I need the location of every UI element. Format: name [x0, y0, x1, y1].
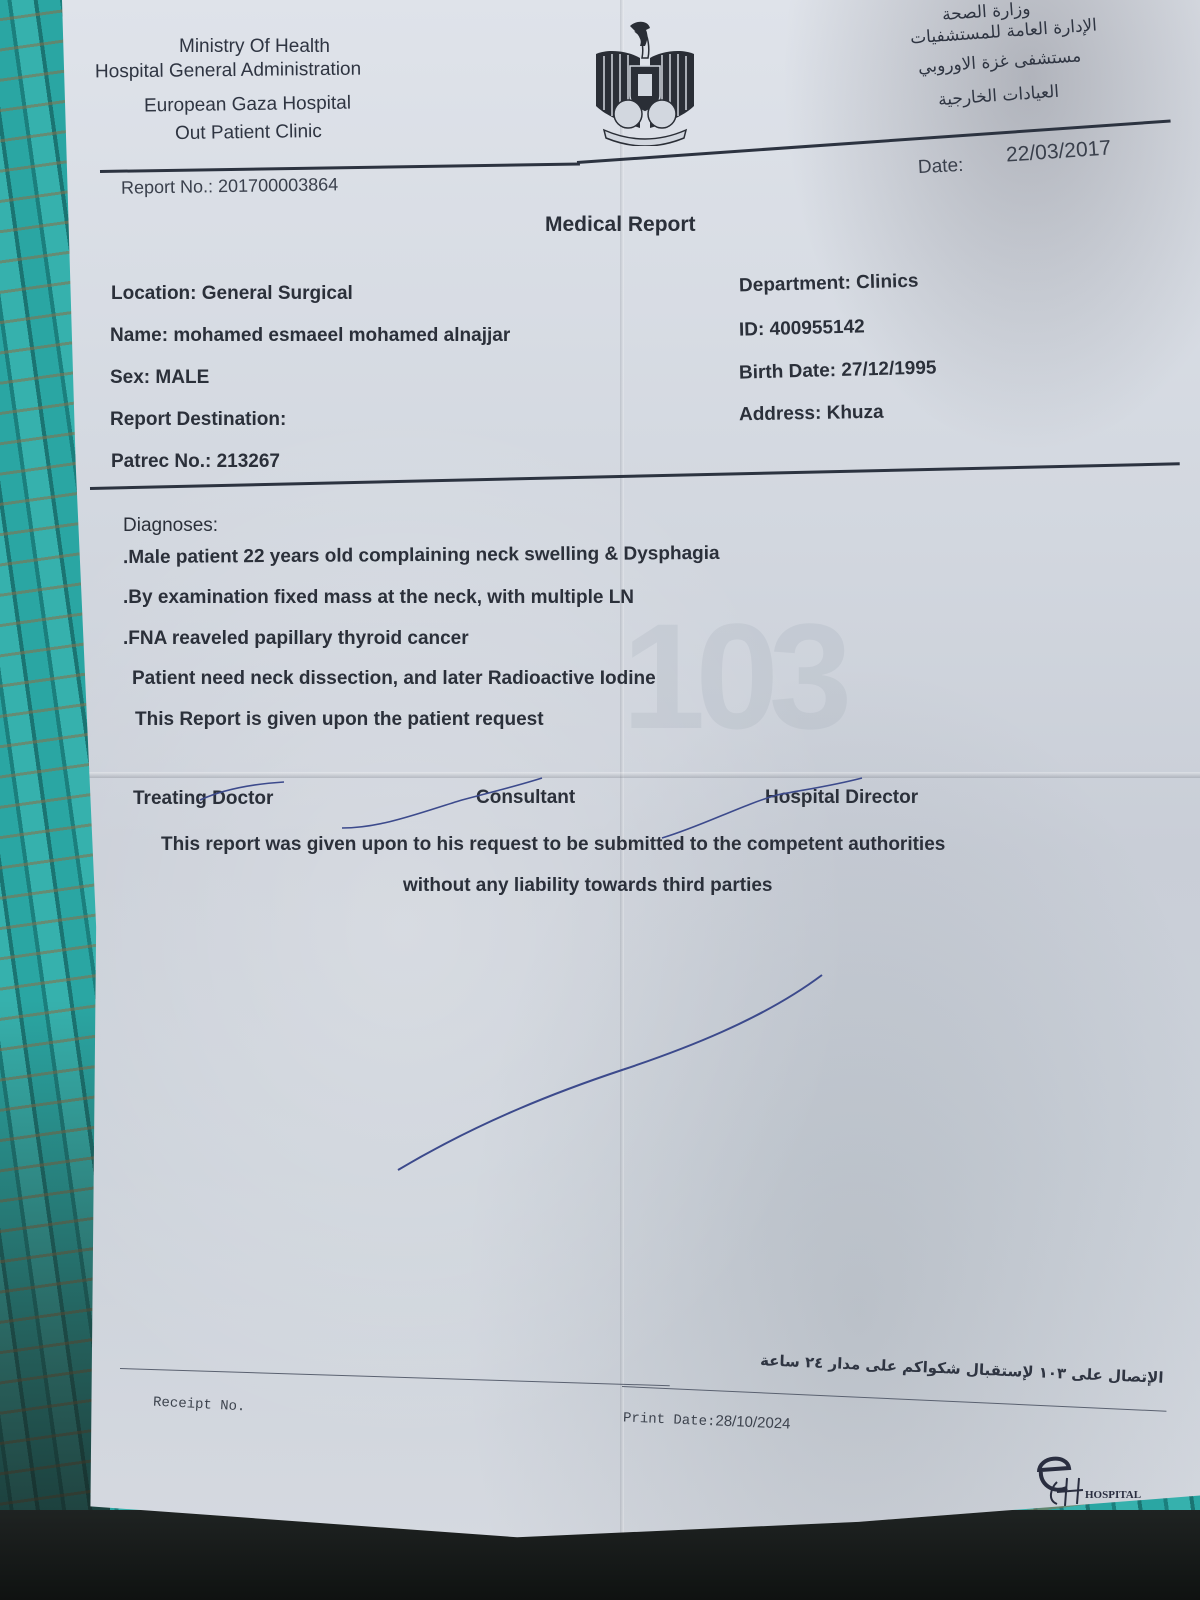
report-number-value: 201700003864 [218, 174, 338, 196]
consultant-label: Consultant [476, 787, 575, 809]
location-label: Location: [111, 283, 197, 304]
page-title: Medical Report [545, 213, 696, 237]
arabic-clinic: العيادات الخارجية [937, 82, 1059, 110]
diagnosis-line: .Male patient 22 years old complaining n… [123, 543, 720, 569]
department-label: Department: [739, 272, 851, 296]
sex-value: MALE [155, 367, 209, 388]
id-value: 400955142 [769, 316, 865, 339]
birth-date-field: Birth Date: 27/12/1995 [739, 357, 937, 384]
arabic-hospital: مستشفى غزة الاوروبي [918, 46, 1082, 77]
diagnoses-heading: Diagnoses: [123, 515, 218, 537]
hospital-director-label: Hospital Director [765, 787, 918, 809]
treating-doctor-label: Treating Doctor [133, 788, 273, 810]
patrec-value: 213267 [217, 451, 280, 472]
large-signature-stroke [398, 975, 822, 1170]
location-field: Location: General Surgical [111, 283, 353, 305]
address-label: Address: [739, 403, 822, 425]
header-rule-left [100, 162, 580, 173]
date-label: Date: [917, 155, 964, 179]
disclaimer-line-2: without any liability towards third part… [403, 875, 773, 897]
arabic-hotline: الإتصال على ١٠٣ لإستقبال شكواكم على مدار… [760, 1351, 1164, 1387]
sex-label: Sex: [110, 367, 150, 388]
report-destination-field: Report Destination: [110, 409, 286, 431]
medical-report-document: Ministry Of Health Hospital General Admi… [62, 0, 1200, 1545]
report-number: Report No.: 201700003864 [121, 174, 339, 198]
print-date: Print Date:28/10/2024 [623, 1408, 791, 1433]
name-value: mohamed esmaeel mohamed alnajjar [173, 325, 510, 346]
disclaimer-line-1: This report was given upon to his reques… [161, 834, 945, 856]
palestinian-eagle-emblem-icon [590, 18, 700, 146]
diagnosis-line: .By examination fixed mass at the neck, … [123, 587, 634, 609]
administration-title: Hospital General Administration [95, 59, 361, 84]
ehospital-logo-text: HOSPITAL [1085, 1489, 1141, 1501]
diagnosis-line: Patient need neck dissection, and later … [132, 668, 656, 690]
id-label: ID: [739, 319, 765, 341]
clinic-name: Out Patient Clinic [175, 121, 322, 145]
print-date-value: 28/10/2024 [715, 1412, 791, 1432]
hospital-name: European Gaza Hospital [144, 93, 351, 118]
footer-rule-right [622, 1386, 1166, 1412]
department-field: Department: Clinics [739, 271, 919, 298]
name-field: Name: mohamed esmaeel mohamed alnajjar [110, 325, 510, 347]
location-value: General Surgical [202, 283, 353, 304]
paper-fold-horizontal [62, 772, 1200, 778]
birth-date-value: 27/12/1995 [841, 357, 937, 380]
id-field: ID: 400955142 [739, 316, 865, 341]
report-destination-label: Report Destination: [110, 409, 286, 430]
print-date-label: Print Date: [623, 1410, 716, 1430]
report-number-label: Report No.: [121, 176, 213, 197]
birth-date-label: Birth Date: [739, 360, 837, 384]
address-field: Address: Khuza [739, 402, 884, 427]
receipt-no-label: Receipt No. [153, 1395, 246, 1416]
report-date: 22/03/2017 [1005, 136, 1112, 167]
ministry-title: Ministry Of Health [167, 36, 342, 58]
diagnosis-line: This Report is given upon the patient re… [135, 709, 544, 731]
ehospital-logo-icon: HOSPITAL [1027, 1448, 1147, 1508]
address-value: Khuza [826, 402, 883, 424]
patrec-label: Patrec No.: [111, 451, 211, 472]
department-value: Clinics [856, 271, 919, 294]
patrec-field: Patrec No.: 213267 [111, 451, 280, 473]
sex-field: Sex: MALE [110, 367, 209, 389]
diagnosis-line: .FNA reaveled papillary thyroid cancer [123, 628, 469, 650]
footer-rule-left [120, 1368, 670, 1386]
name-label: Name: [110, 325, 168, 346]
